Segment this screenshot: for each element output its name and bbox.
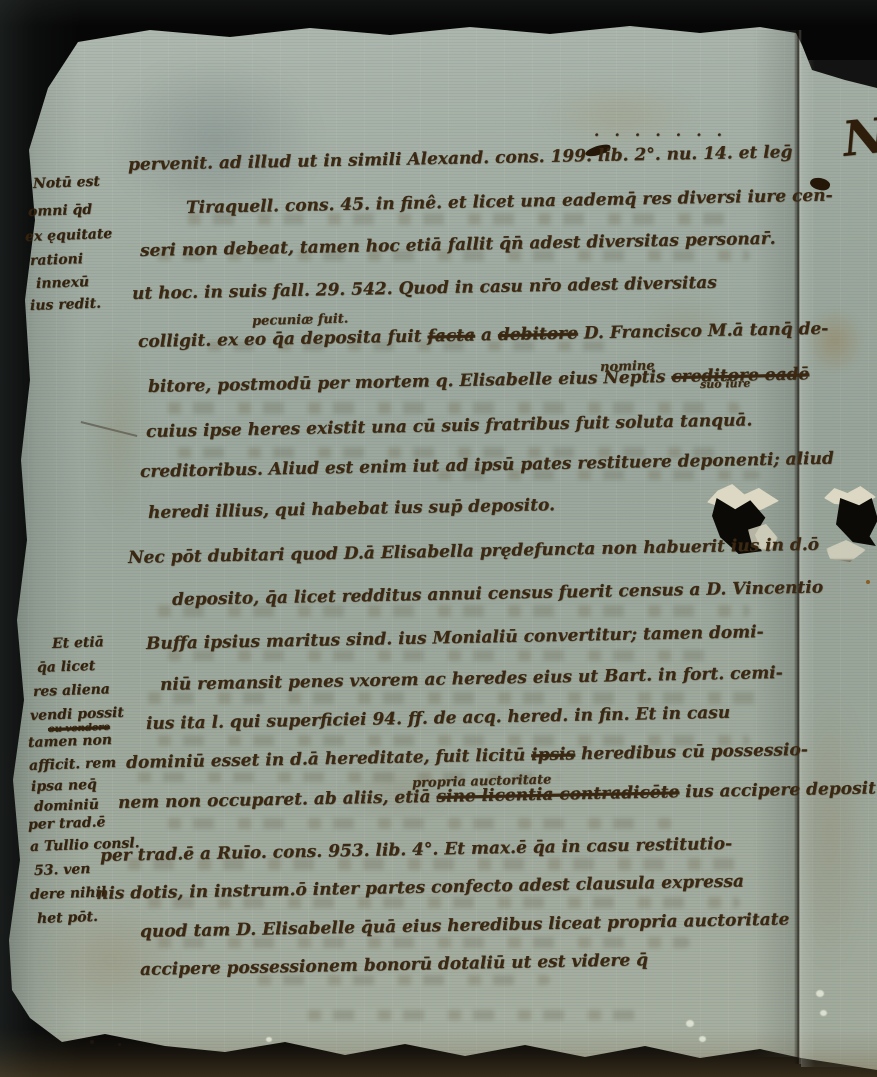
ghost-text-band (160, 818, 680, 829)
margin-note-line: vendi possit (30, 705, 124, 724)
stain (806, 308, 864, 374)
margin-note-line: rationi (30, 251, 84, 269)
interline-note: pecuniæ fuit. (252, 311, 349, 329)
ink-speck (118, 1043, 121, 1046)
ink-speck (866, 580, 870, 584)
margin-note-line: ius redit. (30, 296, 101, 314)
margin-note-line: q̄a licet (37, 658, 96, 676)
struck-text: debitore (498, 324, 578, 346)
margin-note-line: res aliena (33, 681, 110, 700)
margin-note-line: het pōt. (37, 909, 98, 927)
line-text: ius accipere depositū (679, 778, 877, 802)
paper-fleck (820, 1010, 827, 1016)
ghost-text-band (300, 1010, 650, 1020)
ghost-text-band (140, 692, 760, 704)
stain (795, 690, 865, 970)
struck-text: facta (427, 326, 475, 347)
margin-note-line: Notū est (33, 174, 100, 192)
margin-note-line: innexū (36, 274, 90, 292)
flourish-dots: · · · · · · · (594, 126, 727, 144)
margin-note-line: omni q̄d (28, 202, 93, 220)
margin-note-line: tamen non (28, 732, 113, 751)
adjacent-page-initial: N (840, 108, 877, 168)
paper-fleck (699, 1036, 706, 1042)
struck-text: creditore eadē (671, 364, 809, 387)
manuscript-scan: N · · · · · · · Notū est omni q̄d ex ęqu… (0, 0, 877, 1077)
margin-note-line: per trad.ē (28, 814, 106, 833)
paper-fleck (816, 990, 824, 997)
margin-note-line: ipsa neq̄ (31, 777, 97, 795)
ink-speck (90, 1040, 94, 1044)
margin-note-line: ex ęquitate (25, 226, 113, 245)
margin-note-line: dominiū (34, 797, 99, 815)
top-edge-shading (0, 0, 877, 26)
line-text: a (475, 325, 498, 345)
margin-note-line: Et etiā (52, 634, 104, 652)
margin-note-line: 53. ven (34, 861, 91, 879)
paper-fleck (686, 1020, 694, 1027)
stain (88, 330, 148, 530)
margin-note-line: afficit. rem (29, 755, 117, 774)
struck-text: ipsis (531, 744, 575, 765)
paper-fleck (266, 1037, 272, 1042)
